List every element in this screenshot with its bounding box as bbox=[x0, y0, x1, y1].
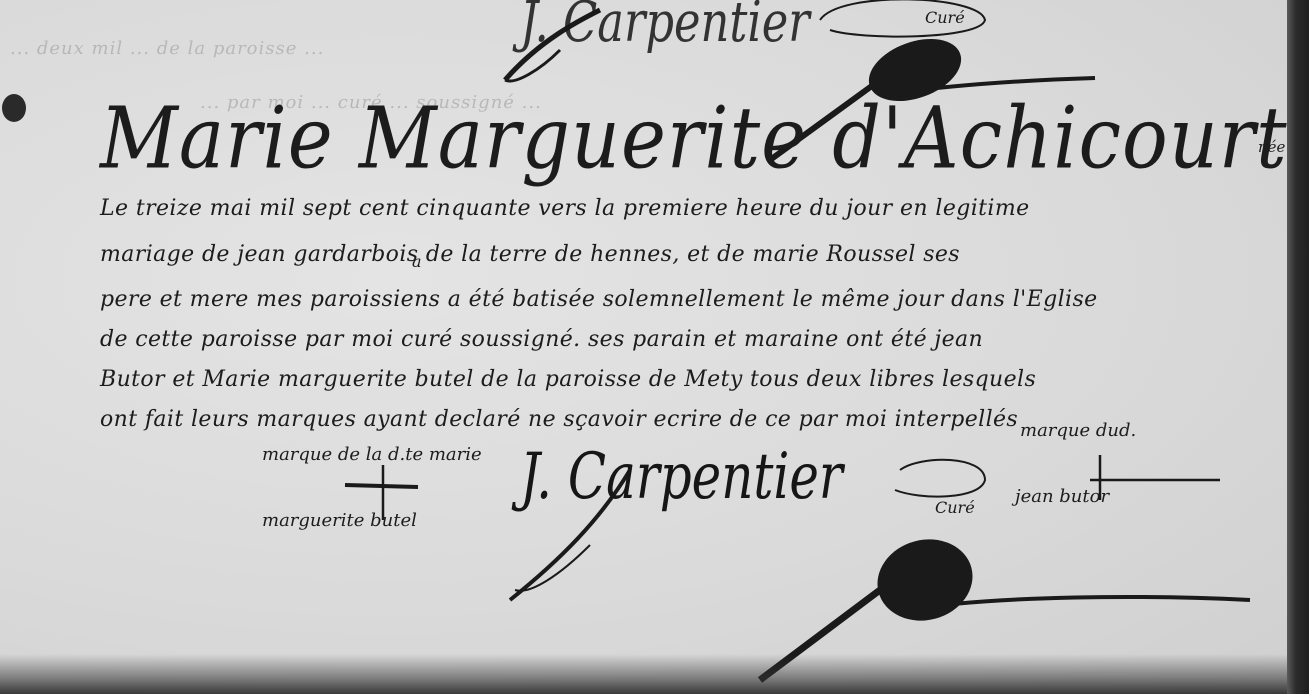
child-name: Marie Marguerite d'Achicourt bbox=[100, 88, 1288, 188]
header-signature: J. Carpentier bbox=[520, 0, 810, 55]
godmother-name: marguerite butel bbox=[262, 510, 417, 531]
header-signature-suffix: Curé bbox=[925, 8, 965, 27]
footer-signature-suffix: Curé bbox=[935, 498, 975, 517]
entry-line: Le treize mai mil sept cent cinquante ve… bbox=[100, 196, 1030, 221]
entry-title: Marie Marguerite d'Achicourt bbox=[100, 88, 1288, 188]
signature-name: J. Carpentier bbox=[520, 0, 810, 55]
signature-name: J. Carpentier bbox=[520, 440, 843, 514]
entry-line: Butor et Marie marguerite butel de la pa… bbox=[100, 367, 1036, 392]
godfather-name: jean butor bbox=[1015, 486, 1109, 507]
entry-line: pere et mere mes paroissiens a été batis… bbox=[100, 287, 1098, 312]
title-suffix: née bbox=[1258, 138, 1285, 156]
footer-signature: J. Carpentier bbox=[520, 440, 843, 514]
godmother-mark-note: marque de la d.te marie bbox=[262, 444, 482, 465]
entry-line: mariage de jean gardarbois de la terre d… bbox=[100, 242, 960, 267]
document-page: ... deux mil ... de la paroisse ... ... … bbox=[0, 0, 1309, 694]
entry-line: de cette paroisse par moi curé soussigné… bbox=[100, 327, 983, 352]
entry-line: ont fait leurs marques ayant declaré ne … bbox=[100, 407, 1018, 432]
scan-shadow bbox=[0, 654, 1309, 694]
godfather-mark-note: marque dud. bbox=[1020, 420, 1136, 441]
page-edge bbox=[1287, 0, 1309, 694]
